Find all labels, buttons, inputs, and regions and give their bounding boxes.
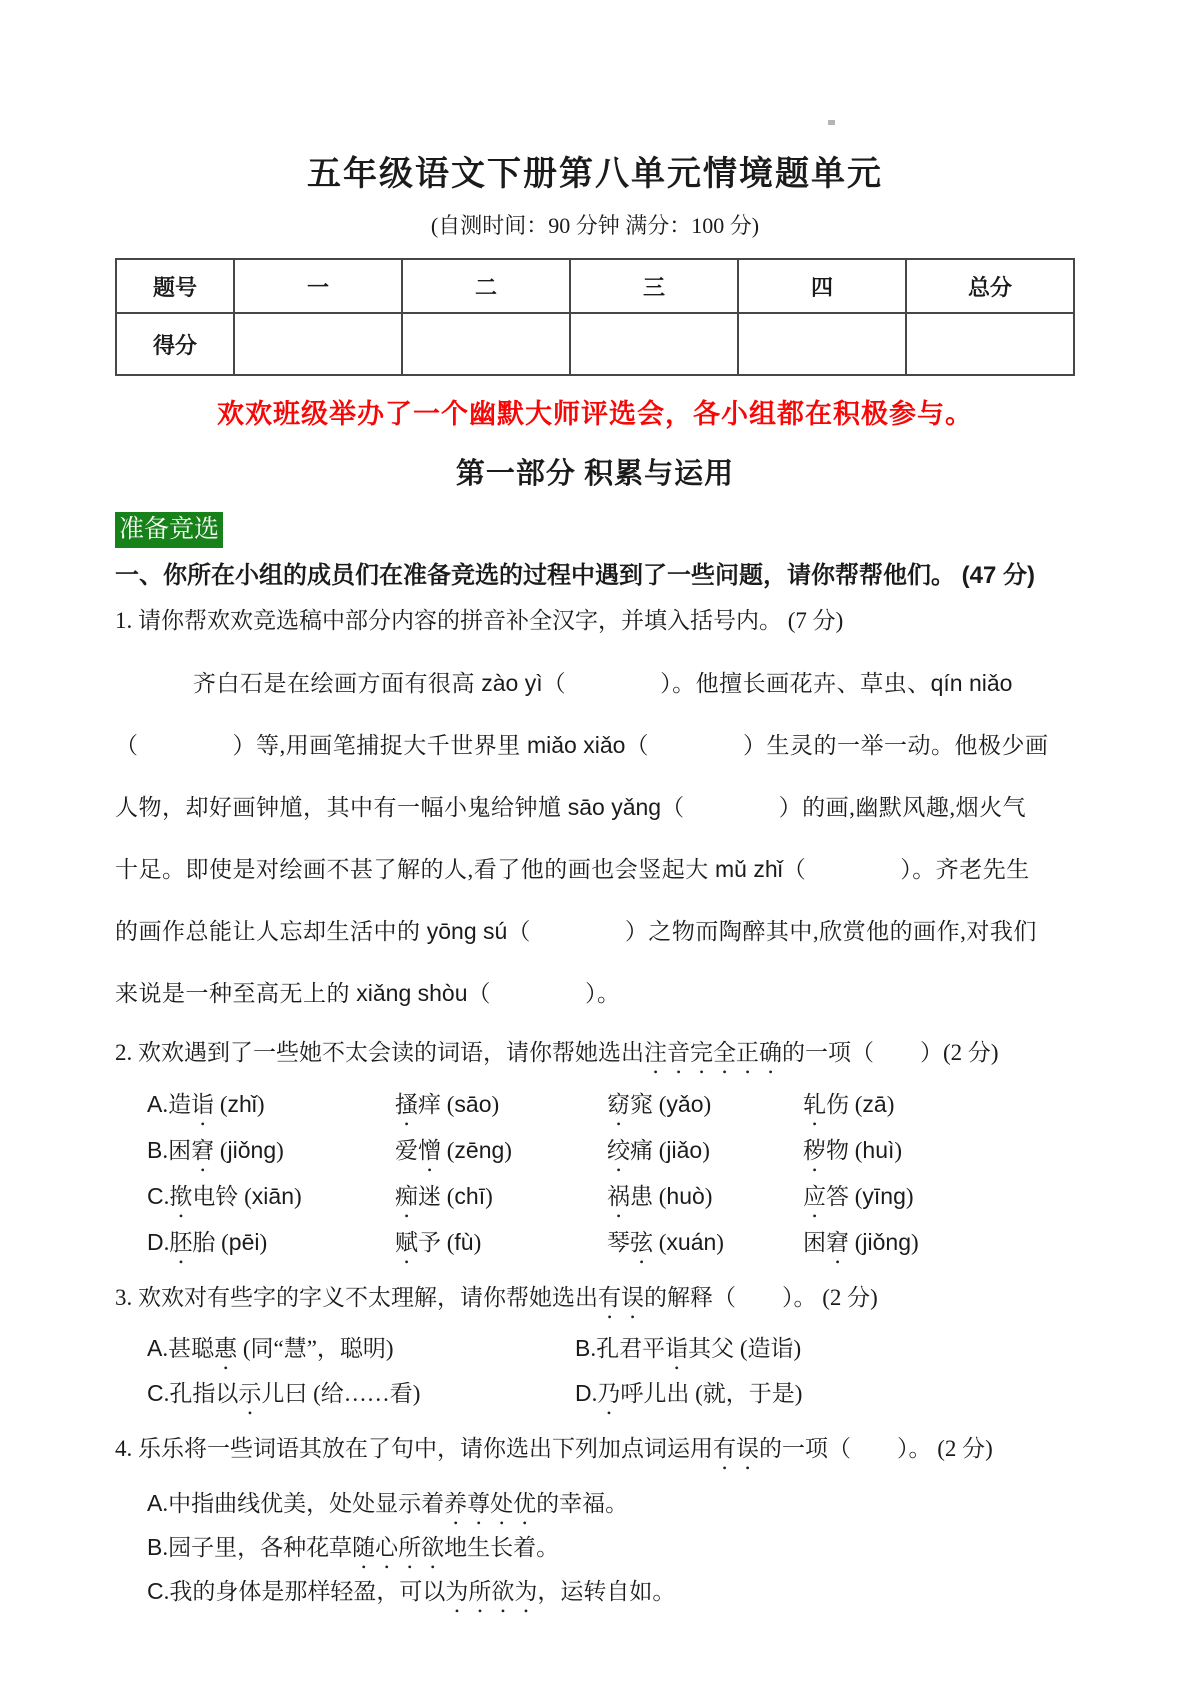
score-table-header-cell: 四 xyxy=(738,259,906,313)
score-blank-cell xyxy=(234,313,402,375)
question-4-prompt: 4. 乐乐将一些词语其放在了句中，请你选出下列加点词运用有误的一项（ ）。 (2… xyxy=(115,1433,1075,1475)
score-blank-cell xyxy=(738,313,906,375)
score-table-header-cell: 一 xyxy=(234,259,402,313)
page-title: 五年级语文下册第八单元情境题单元 xyxy=(115,0,1075,195)
question-2-options: A.造诣 (zhǐ) 搔痒 (sāo) 窈窕 (yǎo) 轧伤 (zā) B.困… xyxy=(115,1085,1075,1269)
score-table-header-cell: 三 xyxy=(570,259,738,313)
option-word: 绞痛 (jiǎo) xyxy=(607,1132,803,1177)
score-blank-cell xyxy=(402,313,570,375)
option-row: B.困窘 (jiǒng) 爱憎 (zēng) 绞痛 (jiǎo) 秽物 (huì… xyxy=(115,1131,1075,1177)
scan-artifact xyxy=(828,120,835,125)
option-word: 琴弦 (xuán) xyxy=(607,1224,803,1269)
option-word: 秽物 (huì) xyxy=(803,1132,1075,1177)
score-table-header-cell: 题号 xyxy=(116,259,234,313)
part-heading: 第一部分 积累与运用 xyxy=(115,451,1075,492)
option-word: 困窘 (jiǒng) xyxy=(803,1224,1075,1269)
option-word: 搔痒 (sāo) xyxy=(395,1086,607,1131)
option-d: D.乃呼儿出 (就，于是) xyxy=(575,1375,1075,1420)
option-c: C.我的身体是那样轻盈，可以为所欲为，运转自如。 xyxy=(115,1569,1075,1613)
option-a: A.中指曲线优美，处处显示着养尊处优的幸福。 xyxy=(115,1481,1075,1525)
passage-line: 来说是一种至高无上的 xiǎng shòu（ ）。 xyxy=(115,962,1075,1024)
notice-banner: 欢欢班级举办了一个幽默大师评选会，各小组都在积极参与。 xyxy=(115,392,1075,431)
option-word: 轧伤 (zā) xyxy=(803,1086,1075,1131)
option-word: 赋予 (fù) xyxy=(395,1224,607,1269)
score-blank-cell xyxy=(570,313,738,375)
option-word: 窈窕 (yǎo) xyxy=(607,1086,803,1131)
section-tag-row: 准备竞选 xyxy=(115,512,1075,548)
question-3-options: A.甚聪惠 (同“慧”，聪明) B.孔君平诣其父 (造诣) C.孔指以示儿曰 (… xyxy=(115,1330,1075,1420)
option-word: 爱憎 (zēng) xyxy=(395,1132,607,1177)
score-table-score-row: 得分 xyxy=(116,313,1074,375)
exam-subtitle: (自测时间：90 分钟 满分：100 分) xyxy=(115,209,1075,240)
section-one-heading: 一、你所在小组的成员们在准备竞选的过程中遇到了一些问题，请你帮帮他们。 (47 … xyxy=(115,560,1075,592)
option-b: B.园子里，各种花草随心所欲地生长着。 xyxy=(115,1525,1075,1569)
option-a: A.造诣 (zhǐ) xyxy=(147,1086,395,1131)
option-row: C.揿电铃 (xiān) 痴迷 (chī) 祸患 (huò) 应答 (yīng) xyxy=(115,1177,1075,1223)
option-a: A.甚聪惠 (同“慧”，聪明) xyxy=(147,1330,575,1375)
score-table-header-cell: 二 xyxy=(402,259,570,313)
option-c: C.揿电铃 (xiān) xyxy=(147,1178,395,1223)
passage-line: 的画作总能让人忘却生活中的 yōng sú（ ）之物而陶醉其中,欣赏他的画作,对… xyxy=(115,900,1075,962)
option-row: A.甚聪惠 (同“慧”，聪明) B.孔君平诣其父 (造诣) xyxy=(115,1330,1075,1375)
question-4-options: A.中指曲线优美，处处显示着养尊处优的幸福。 B.园子里，各种花草随心所欲地生长… xyxy=(115,1481,1075,1613)
option-b: B.孔君平诣其父 (造诣) xyxy=(575,1330,1075,1375)
question-2-prompt: 2. 欢欢遇到了一些她不太会读的词语，请你帮她选出注音完全正确的一项（ ）(2 … xyxy=(115,1037,1075,1079)
option-row: A.造诣 (zhǐ) 搔痒 (sāo) 窈窕 (yǎo) 轧伤 (zā) xyxy=(115,1085,1075,1131)
score-row-label: 得分 xyxy=(116,313,234,375)
section-tag: 准备竞选 xyxy=(115,512,223,548)
pinyin-passage: 齐白石是在绘画方面有很高 zào yì（ ）。他擅长画花卉、草虫、qín niǎ… xyxy=(115,652,1075,1024)
option-row: C.孔指以示儿曰 (给……看) D.乃呼儿出 (就，于是) xyxy=(115,1375,1075,1420)
question-1-prompt: 1. 请你帮欢欢竞选稿中部分内容的拼音补全汉字，并填入括号内。 (7 分) xyxy=(115,605,1075,637)
score-table: 题号 一 二 三 四 总分 得分 xyxy=(115,258,1075,376)
score-table-header-row: 题号 一 二 三 四 总分 xyxy=(116,259,1074,313)
option-word: 祸患 (huò) xyxy=(607,1178,803,1223)
score-blank-cell xyxy=(906,313,1074,375)
option-b: B.困窘 (jiǒng) xyxy=(147,1132,395,1177)
option-word: 痴迷 (chī) xyxy=(395,1178,607,1223)
passage-line: （ ）等,用画笔捕捉大千世界里 miǎo xiǎo（ ）生灵的一举一动。他极少画 xyxy=(115,714,1075,776)
passage-line: 齐白石是在绘画方面有很高 zào yì（ ）。他擅长画花卉、草虫、qín niǎ… xyxy=(115,652,1075,714)
passage-line: 人物，却好画钟馗，其中有一幅小鬼给钟馗 sāo yǎng（ ）的画,幽默风趣,烟… xyxy=(115,776,1075,838)
question-3-prompt: 3. 欢欢对有些字的字义不太理解，请你帮她选出有误的解释（ ）。 (2 分) xyxy=(115,1282,1075,1324)
exam-page: 五年级语文下册第八单元情境题单元 (自测时间：90 分钟 满分：100 分) 题… xyxy=(0,0,1191,1684)
score-table-header-cell: 总分 xyxy=(906,259,1074,313)
option-word: 应答 (yīng) xyxy=(803,1178,1075,1223)
option-row: D.胚胎 (pēi) 赋予 (fù) 琴弦 (xuán) 困窘 (jiǒng) xyxy=(115,1223,1075,1269)
passage-line: 十足。即使是对绘画不甚了解的人,看了他的画也会竖起大 mǔ zhǐ（ ）。齐老先… xyxy=(115,838,1075,900)
option-c: C.孔指以示儿曰 (给……看) xyxy=(147,1375,575,1420)
option-d: D.胚胎 (pēi) xyxy=(147,1224,395,1269)
